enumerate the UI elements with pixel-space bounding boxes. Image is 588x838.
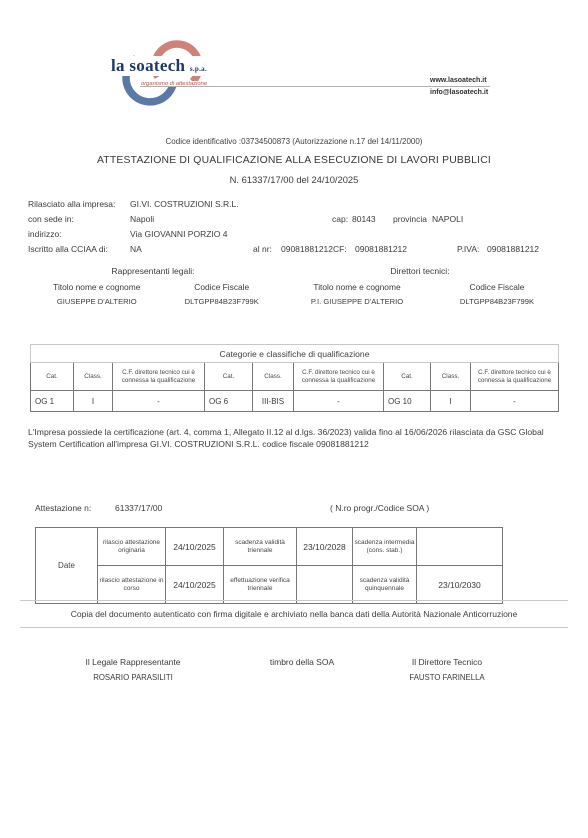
header-cell: C.F. direttore tecnico cui è connessa la… [113,363,205,391]
seat-label: con sede in: [28,214,74,224]
header-cell: Cat. [205,363,253,391]
category-cell: OG 1 [31,391,74,412]
categories-table: Categorie e classifiche di qualificazion… [30,344,559,412]
cf-value: 09081881212 [355,244,407,254]
class-cell: I [431,391,471,412]
cf-cell: - [471,391,559,412]
date-label-cell: scadenza validità triennale [224,528,297,566]
cciaa-value: NA [130,244,142,254]
header-cell: C.F. direttore tecnico cui è connessa la… [294,363,384,391]
header-cell: Cat. [31,363,74,391]
technical-director-name: P.I. GIUSEPPE D'ALTERIO [280,297,434,306]
categories-header-row: Cat. Class. C.F. direttore tecnico cui è… [31,363,559,391]
legal-representative-name: GIUSEPPE D'ALTERIO [28,297,166,306]
issued-to-label: Rilasciato alla impresa: [28,199,115,209]
attestation-soa-note: ( N.ro progr./Codice SOA ) [330,503,429,513]
header-divider [140,86,490,87]
technical-directors-table: Titolo nome e cognome P.I. GIUSEPPE D'AL… [280,282,560,306]
header-cell: Class. [431,363,471,391]
logo-suffix: s.p.a. [190,65,207,73]
legal-representatives-table: Titolo nome e cognome GIUSEPPE D'ALTERIO… [28,282,278,306]
cf-column-header: Codice Fiscale [166,282,279,292]
header-cell: C.F. direttore tecnico cui è connessa la… [471,363,559,391]
date-label-cell: rilascio attestazione in corso [98,566,166,604]
cf-cell: - [113,391,205,412]
province-value: NAPOLI [432,214,463,224]
company-logo: la soatech s.p.a. organismo di attestazi… [105,40,255,110]
signature-name: FAUSTO FARINELLA [347,673,547,682]
digital-copy-notice: Copia del documento autenticato con firm… [20,600,568,628]
attestation-label: Attestazione n: [35,503,91,513]
address-label: indirizzo: [28,229,62,239]
legal-representatives-title: Rappresentanti legali: [28,266,278,276]
date-value-cell: 24/10/2025 [166,528,224,566]
registration-number-value: 09081881212 [281,244,333,254]
logo-name: la soatech [111,56,185,75]
categories-data-row: OG 1 I - OG 6 III-BIS - OG 10 I - [31,391,559,412]
technical-directors-section: Direttori tecnici: Titolo nome e cognome… [280,266,560,306]
date-label-cell: effettuazione verifica triennale [224,566,297,604]
date-value-cell: 23/10/2030 [417,566,503,604]
piva-label: P.IVA: [457,244,479,254]
attestation-number: 61337/17/00 [115,503,162,513]
legal-representatives-section: Rappresentanti legali: Titolo nome e cog… [28,266,278,306]
cf-label: CF: [333,244,347,254]
legal-representative-cf: DLTGPP84B23F799K [166,297,279,306]
header-cell: Class. [74,363,113,391]
website-text: www.lasoatech.it [430,77,487,84]
dates-row-2: rilascio attestazione in corso 24/10/202… [36,566,503,604]
logo-wordmark: la soatech s.p.a. [109,56,209,76]
dates-row-1: Date rilascio attestazione originaria 24… [36,528,503,566]
document-title: ATTESTAZIONE DI QUALIFICAZIONE ALLA ESEC… [0,155,588,166]
certification-note: L'Impresa possiede la certificazione (ar… [28,427,564,450]
cap-value: 80143 [352,214,376,224]
piva-value: 09081881212 [487,244,539,254]
class-cell: III-BIS [253,391,294,412]
name-column-header: Titolo nome e cognome [280,282,434,292]
cf-cell: - [294,391,384,412]
date-label-cell: rilascio attestazione originaria [98,528,166,566]
email-text: info@lasoatech.it [430,89,488,96]
seat-value: Napoli [130,214,154,224]
registration-number-label: al nr: [253,244,272,254]
date-label-cell: scadenza intermedia (cons. stab.) [353,528,417,566]
date-value-cell [417,528,503,566]
signature-title: Il Direttore Tecnico [347,657,547,667]
attestation-number-line: N. 61337/17/00 del 24/10/2025 [0,174,588,185]
date-value-cell [297,566,353,604]
categories-table-title: Categorie e classifiche di qualificazion… [31,345,559,363]
class-cell: I [74,391,113,412]
dates-row-header: Date [36,528,98,604]
header-cell: Cat. [384,363,431,391]
company-name: GI.VI. COSTRUZIONI S.R.L. [130,199,239,209]
cf-column-header: Codice Fiscale [434,282,560,292]
name-column-header: Titolo nome e cognome [28,282,166,292]
date-value-cell: 23/10/2028 [297,528,353,566]
technical-director-signature: Il Direttore Tecnico FAUSTO FARINELLA [347,657,547,682]
document-page: la soatech s.p.a. organismo di attestazi… [0,0,588,838]
dates-table: Date rilascio attestazione originaria 24… [35,527,503,604]
signature-name: ROSARIO PARASILITI [33,673,233,682]
header-cell: Class. [253,363,294,391]
date-value-cell: 24/10/2025 [166,566,224,604]
technical-directors-title: Direttori tecnici: [280,266,560,276]
address-value: Via GIOVANNI PORZIO 4 [130,229,227,239]
cap-label: cap: [332,214,348,224]
signature-title: Il Legale Rappresentante [33,657,233,667]
date-label-cell: scadenza validità quinquennale [353,566,417,604]
technical-director-cf: DLTGPP84B23F799K [434,297,560,306]
legal-representative-signature: Il Legale Rappresentante ROSARIO PARASIL… [33,657,233,682]
cciaa-label: Iscritto alla CCIAA di: [28,244,108,254]
category-cell: OG 6 [205,391,253,412]
identification-code-line: Codice identificativo :03734500873 (Auto… [0,137,588,146]
province-label: provincia [393,214,427,224]
category-cell: OG 10 [384,391,431,412]
